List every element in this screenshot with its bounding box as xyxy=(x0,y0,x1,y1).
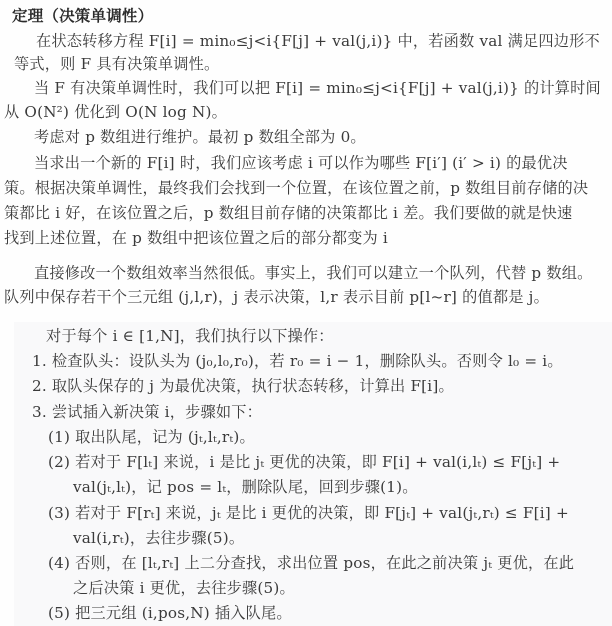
step-1: 1. 检查队头：设队头为 (j₀,l₀,r₀)，若 r₀ = i − 1，删除队… xyxy=(32,351,563,371)
substep-3-line-1: (3) 若对于 F[rₜ] 来说，jₜ 是比 i 更优的决策，即 F[jₜ] +… xyxy=(48,503,569,523)
step-2: 2. 取队头保存的 j 为最优决策，执行状态转移，计算出 F[i]。 xyxy=(32,376,454,396)
step-number: 2. xyxy=(32,377,47,395)
substep-number: (4) xyxy=(48,554,70,572)
paragraph-4-line-2: 策。根据决策单调性，最终我们会找到一个位置，在该位置之前，p 数组目前存储的决 xyxy=(4,178,588,198)
substep-3-line-2: val(i,rₜ)，去往步骤(5)。 xyxy=(73,528,244,548)
substep-text: 取出队尾，记为 (jₜ,lₜ,rₜ)。 xyxy=(75,428,255,446)
substep-2-line-2: val(jₜ,lₜ)，记 pos = lₜ，删除队尾，回到步骤(1)。 xyxy=(73,477,418,497)
substep-number: (5) xyxy=(48,604,70,622)
paragraph-4-line-4: 找到上述位置，在 p 数组中把该位置之后的部分都变为 i xyxy=(4,228,388,248)
paragraph-5-line-2: 队列中保存若干个三元组 (j,l,r)，j 表示决策，l,r 表示目前 p[l~… xyxy=(4,287,549,307)
paragraph-3-line-1: 考虑对 p 数组进行维护。最初 p 数组全部为 0。 xyxy=(34,127,366,147)
step-text: 尝试插入新决策 i，步骤如下： xyxy=(52,403,262,421)
substep-4-line-1: (4) 否则，在 [lₜ,rₜ] 上二分查找，求出位置 pos，在此之前决策 j… xyxy=(48,553,574,573)
substep-1: (1) 取出队尾，记为 (jₜ,lₜ,rₜ)。 xyxy=(48,427,255,447)
substep-text: 若对于 F[rₜ] 来说，jₜ 是比 i 更优的决策，即 F[jₜ] + val… xyxy=(75,504,569,522)
substep-4-line-2: 之后决策 i 更优，去往步骤(5)。 xyxy=(73,578,295,598)
step-text: 取队头保存的 j 为最优决策，执行状态转移，计算出 F[i]。 xyxy=(52,377,454,395)
substep-number: (3) xyxy=(48,504,70,522)
substep-5: (5) 把三元组 (i,pos,N) 插入队尾。 xyxy=(48,603,292,623)
paragraph-2-line-1: 当 F 有决策单调性时，我们可以把 F[i] = min₀≤j<i{F[j] +… xyxy=(34,78,601,98)
step-3: 3. 尝试插入新决策 i，步骤如下： xyxy=(32,402,262,422)
step-number: 3. xyxy=(32,403,47,421)
substep-text: 若对于 F[lₜ] 来说，i 是比 jₜ 更优的决策，即 F[i] + val(… xyxy=(75,453,560,471)
paragraph-4-line-1: 当求出一个新的 F[i] 时，我们应该考虑 i 可以作为哪些 F[i′] (i′… xyxy=(34,153,568,173)
substep-number: (2) xyxy=(48,453,70,471)
paragraph-1-line-2: 等式，则 F 具有决策单调性。 xyxy=(14,54,219,74)
procedure-intro: 对于每个 i ∈ [1,N]，我们执行以下操作： xyxy=(46,326,334,346)
paragraph-1-line-1: 在状态转移方程 F[i] = min₀≤j<i{F[j] + val(j,i)}… xyxy=(36,31,600,51)
substep-number: (1) xyxy=(48,428,70,446)
step-number: 1. xyxy=(32,352,47,370)
step-text: 检查队头：设队头为 (j₀,l₀,r₀)，若 r₀ = i − 1，删除队头。否… xyxy=(52,352,563,370)
paragraph-4-line-3: 策都比 i 好，在该位置之后，p 数组目前存储的决策都比 i 差。我们要做的就是… xyxy=(4,203,572,223)
theorem-title: 定理（决策单调性） xyxy=(12,6,153,26)
substep-2-line-1: (2) 若对于 F[lₜ] 来说，i 是比 jₜ 更优的决策，即 F[i] + … xyxy=(48,452,560,472)
substep-text: 否则，在 [lₜ,rₜ] 上二分查找，求出位置 pos，在此之前决策 jₜ 更优… xyxy=(75,554,574,572)
paragraph-5-line-1: 直接修改一个数组效率当然很低。事实上，我们可以建立一个队列，代替 p 数组。 xyxy=(34,263,593,283)
substep-text: 把三元组 (i,pos,N) 插入队尾。 xyxy=(75,604,292,622)
textbook-page: 定理（决策单调性） 在状态转移方程 F[i] = min₀≤j<i{F[j] +… xyxy=(0,0,612,626)
paragraph-2-line-2: 从 O(N²) 优化到 O(N log N)。 xyxy=(4,102,227,122)
